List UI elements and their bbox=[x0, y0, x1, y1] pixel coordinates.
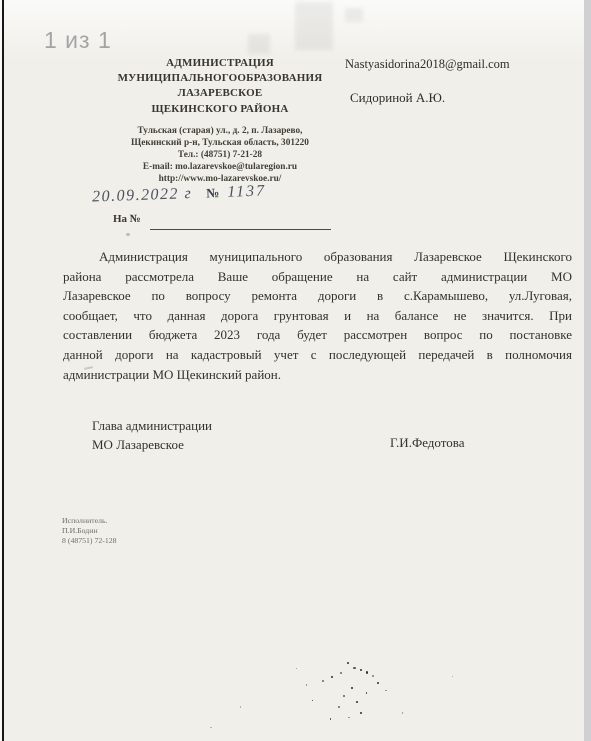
org-line: МУНИЦИПАЛЬНОГООБРАЗОВАНИЯ bbox=[85, 71, 355, 86]
letterhead-address: Тульская (старая) ул., д. 2, п. Лазарево… bbox=[85, 126, 355, 186]
scan-smudge bbox=[126, 233, 130, 236]
signer-title-line: МО Лазаревское bbox=[92, 436, 212, 455]
scan-edge-black bbox=[2, 0, 4, 741]
bleed-through-mark bbox=[345, 8, 363, 22]
executor-block: Исполнитель. П.И.Бодин 8 (48751) 72-128 bbox=[62, 516, 117, 546]
org-line: АДМИНИСТРАЦИЯ bbox=[85, 56, 355, 71]
recipient-name: Сидориной А.Ю. bbox=[350, 90, 445, 106]
phone-line: Тел.: (48751) 7-21-28 bbox=[85, 150, 355, 162]
signer-title-line: Глава администрации bbox=[92, 417, 212, 436]
letterhead-org-name: АДМИНИСТРАЦИЯ МУНИЦИПАЛЬНОГООБРАЗОВАНИЯ … bbox=[85, 56, 355, 117]
body-line: Лазаревское по вопросу ремонта дороги в … bbox=[63, 286, 572, 306]
body-line: данной дороги на кадастровый учет с посл… bbox=[63, 345, 572, 365]
bleed-through-mark bbox=[248, 34, 270, 54]
body-line: администрации МО Щекинский район. bbox=[63, 365, 572, 385]
executor-label: Исполнитель. bbox=[62, 516, 117, 526]
org-line: ЛАЗАРЕВСКОЕ bbox=[85, 86, 355, 101]
reference-number-label: На № bbox=[113, 213, 141, 225]
address-line: Тульская (старая) ул., д. 2, п. Лазарево… bbox=[85, 126, 355, 138]
body-line: района рассмотрела Ваше обращение на сай… bbox=[63, 267, 572, 287]
letter-body: Администрация муниципального образования… bbox=[63, 247, 572, 384]
handwritten-date: 20.09.2022 г bbox=[92, 185, 193, 205]
scan-edge-right bbox=[584, 0, 591, 741]
address-line: Щекинский р-н, Тульская область, 301220 bbox=[85, 138, 355, 150]
executor-phone: 8 (48751) 72-128 bbox=[62, 536, 117, 546]
body-line: Администрация муниципального образования… bbox=[63, 247, 572, 267]
org-line: ЩЕКИНСКОГО РАЙОНА bbox=[85, 102, 355, 117]
page-indicator: 1 из 1 bbox=[44, 27, 112, 54]
number-sign: № bbox=[206, 185, 220, 200]
email-line: E-mail: mo.lazarevskoe@tularegion.ru bbox=[85, 162, 355, 174]
recipient-email: Nastyasidorina2018@gmail.com bbox=[345, 57, 510, 72]
signer-title: Глава администрации МО Лазаревское bbox=[92, 417, 212, 454]
signer-name: Г.И.Федотова bbox=[390, 435, 465, 451]
reference-number-blank-line bbox=[150, 229, 331, 230]
handwritten-number: 1137 bbox=[227, 182, 266, 200]
bleed-through-mark bbox=[295, 2, 333, 50]
executor-name: П.И.Бодин bbox=[62, 526, 117, 536]
scanned-letter-viewer: 1 из 1 АДМИНИСТРАЦИЯ МУНИЦИПАЛЬНОГООБРАЗ… bbox=[0, 0, 591, 741]
body-line: составлении бюджета 2023 года будет расс… bbox=[63, 325, 572, 345]
body-line: сообщает, что данная дорога грунтовая и … bbox=[63, 306, 572, 326]
